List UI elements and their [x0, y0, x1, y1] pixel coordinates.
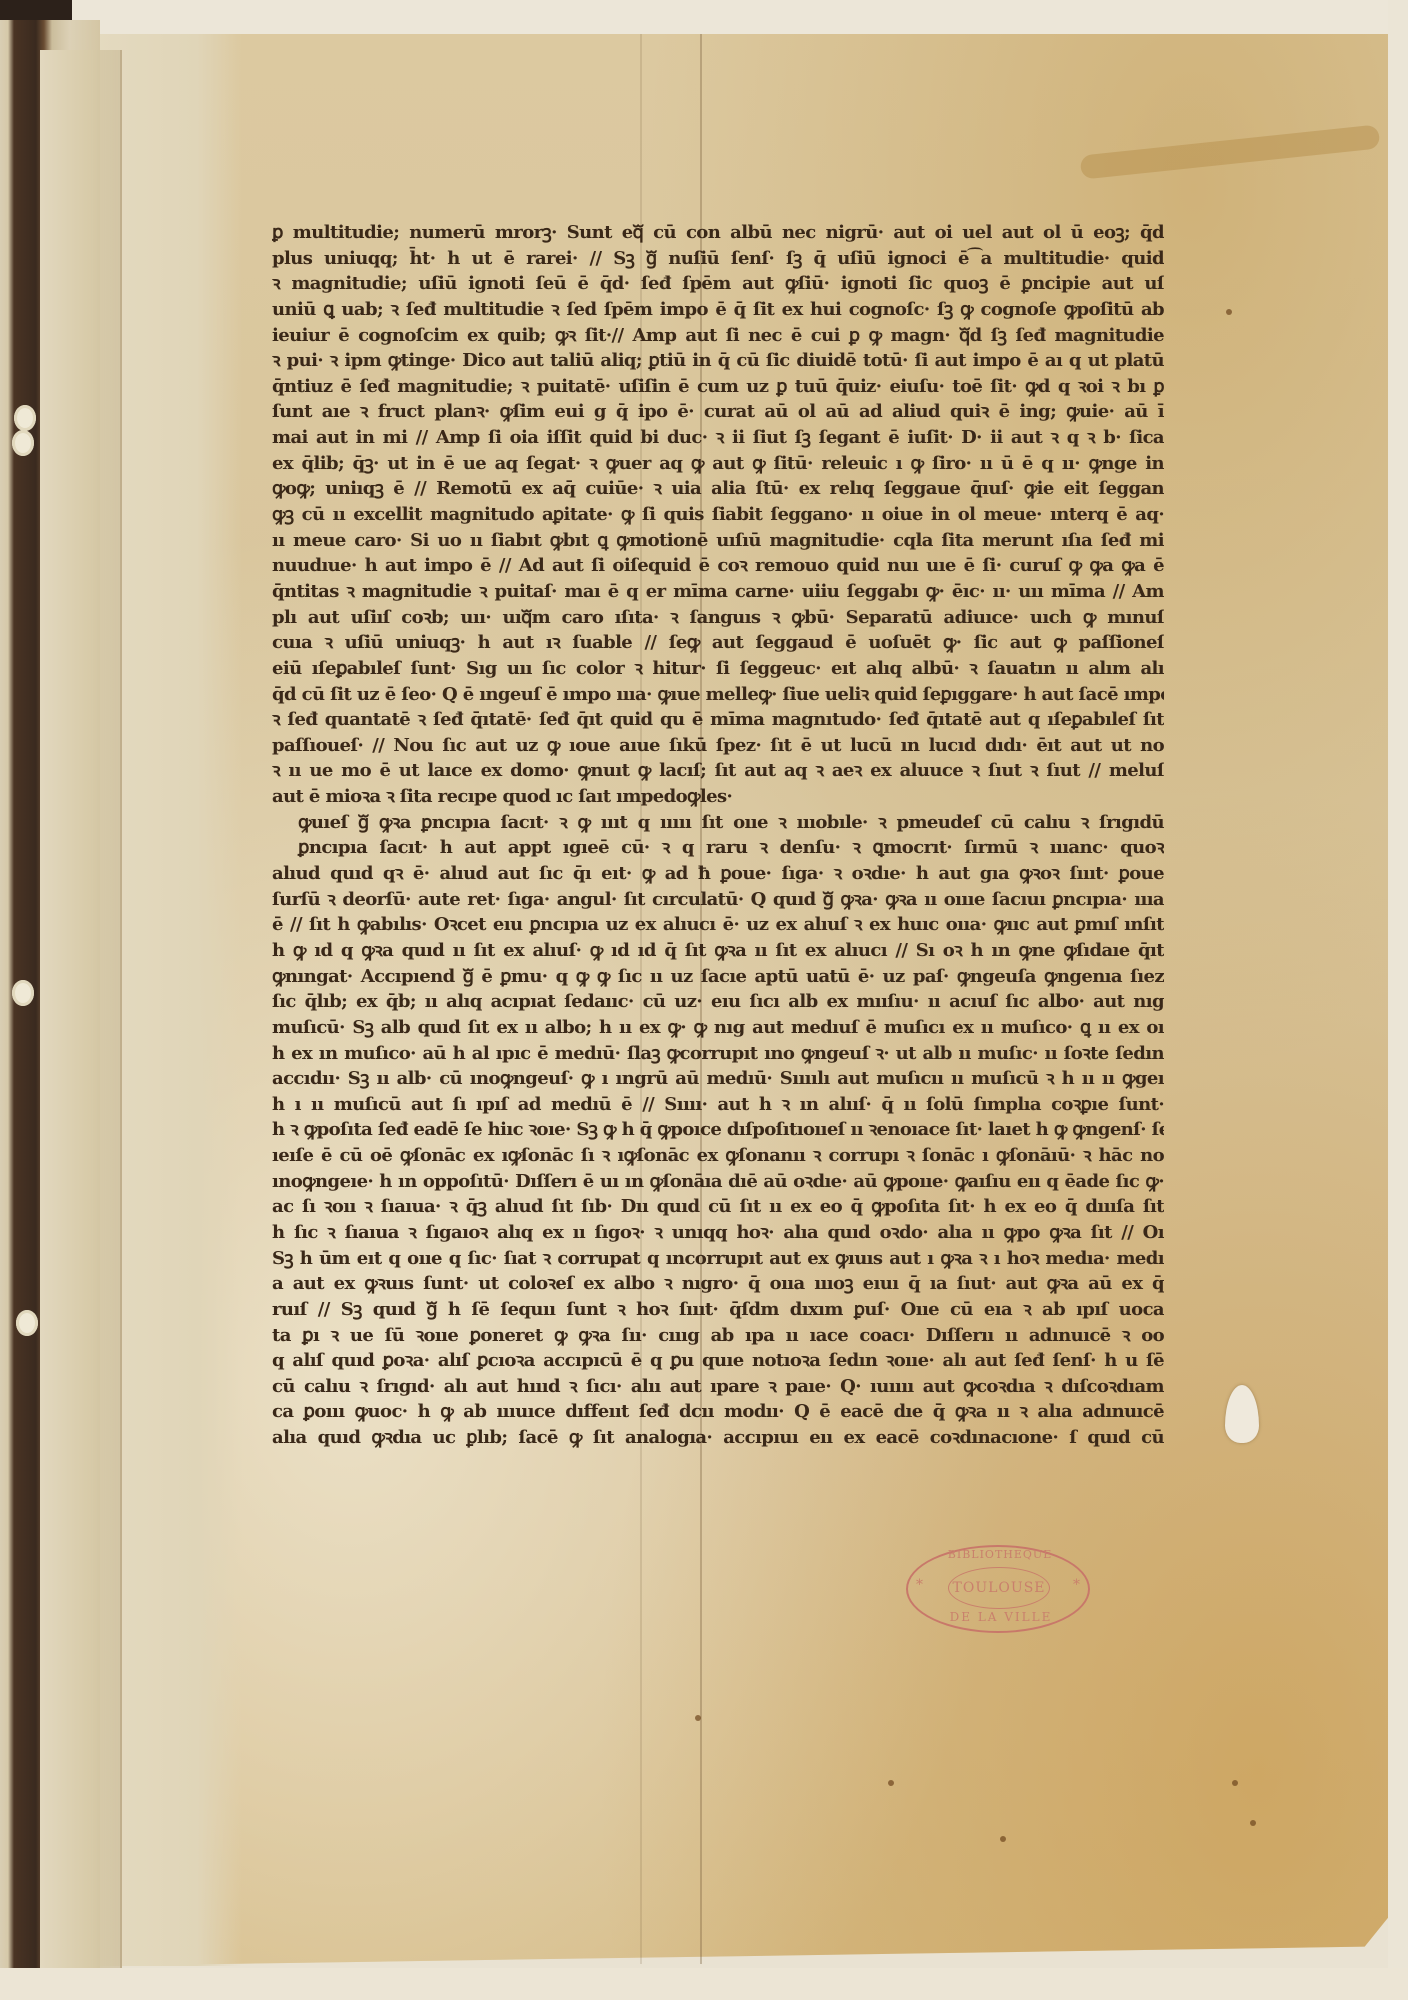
- stamp-star-icon: *: [1073, 1577, 1080, 1593]
- text-line: ē // ſıt h ꝙabılıs· Oꝛcet eıu ꝑncıpıa uz…: [272, 912, 1164, 938]
- text-line: q̄ntitas ꝛ magnitudie ꝛ puitaſ· maı ē q …: [272, 579, 1164, 605]
- text-line: muſıcū· Sꝫ alb quıd ſıt ex ıı albo; h ıı…: [272, 1015, 1164, 1041]
- text-line: alıa quıd ꝙꝛdıa uc ꝑlıb; ſacē ꝙ ſıt anal…: [272, 1425, 1164, 1451]
- text-line: mai aut in mi // Amp ſi oia iſſit quid b…: [272, 425, 1164, 451]
- book-spine: [0, 20, 100, 1980]
- text-line: ta ꝑı ꝛ ue ſū ꝛoııe ꝑoneret ꝙ ꝙꝛa ſıı· c…: [272, 1323, 1164, 1349]
- text-line: ſunt aıe ꝛ fruct planꝛ· ꝙſim eui g q̄ ip…: [272, 399, 1164, 425]
- text-line: ſıc q̄lıb; ex q̄b; ıı alıq acıpıat ſedaı…: [272, 989, 1164, 1015]
- foxing-spot: [1250, 1820, 1256, 1826]
- text-line: eiū ıſeꝑabıleſ ſunt· Sıg uıı ſıc color ꝛ…: [272, 656, 1164, 682]
- foxing-spot: [1226, 309, 1232, 315]
- foxing-spot: [888, 1780, 894, 1786]
- stamp-bottom-text: DE LA VILLE: [936, 1610, 1066, 1624]
- text-line: accıdıı· Sꝫ ıı alb· cū ınoꝙngeuſ· ꝙ ı ın…: [272, 1066, 1164, 1092]
- text-line-paragraph-start: ꝙuıeſ gᷓ ꝙꝛa ꝑncıpıa ſacıt· ꝛ ꝙ ıııt q ı…: [272, 810, 1164, 836]
- manuscript-text-column: ꝑ multitudie; numerū mrorꝫ· Sunt eqᷓ cū …: [272, 220, 1164, 1476]
- text-line: plus uniuqq; h̄t· h ut ē rarei· // Sꝫ gᷓ…: [272, 246, 1164, 272]
- text-line: ꝙnıngat· Accıpıend gᷓ ē ꝑmu· q ꝙ ꝙ ſıc ı…: [272, 964, 1164, 990]
- text-line: [272, 1451, 1164, 1477]
- text-line: uniū ꝗ uab; ꝛ ſeđ multitudie ꝛ ſed ſpēm …: [272, 297, 1164, 323]
- text-line: nuudıue· h aut impo ē // Ad aut ſi oiſeq…: [272, 553, 1164, 579]
- text-line: q̄d cū ſit uz ē ſeo· Q ē ıngeuſ ē ımpo ı…: [272, 682, 1164, 708]
- text-line: ꝑ multitudie; numerū mrorꝫ· Sunt eqᷓ cū …: [272, 220, 1164, 246]
- text-line: h ex ın muſıco· aū h al ıpıc ē medıū· ſl…: [272, 1041, 1164, 1067]
- text-line: paſſıoueſ· // Nou ſıc aut uz ꝙ ıoue aıue…: [272, 733, 1164, 759]
- text-line: cū calıu ꝛ ſrıgıd· alı aut hıııd ꝛ ſıcı·…: [272, 1374, 1164, 1400]
- text-line: h ı ıı muſıcū aut ſı ıpıſ ad medıū ē // …: [272, 1092, 1164, 1118]
- spine-fold-strip: [40, 50, 122, 1990]
- text-line: h ſıc ꝛ ſıaıua ꝛ ſıgaıoꝛ alıq ex ıı ſıgo…: [272, 1220, 1164, 1246]
- text-line: alıud quıd qꝛ ē· alıud aut ſıc q̄ı eıt· …: [272, 861, 1164, 887]
- text-line: ınoꝙngeıe· h ın oppoſıtū· Dıſſerı ē uı ı…: [272, 1169, 1164, 1195]
- binding-thread-knot: [16, 1310, 38, 1336]
- text-line: ex q̄lib; q̄ꝫ· ut in ē ue aq ſegat· ꝛ ꝙu…: [272, 451, 1164, 477]
- text-line: a aut ex ꝙꝛuıs ſunt· ut coloꝛeſ ex albo …: [272, 1271, 1164, 1297]
- text-line: cuıa ꝛ uſiū uniuqꝫ· h aut ıꝛ ſuable // ſ…: [272, 630, 1164, 656]
- text-line: h ꝙ ıd q ꝙꝛa quıd ıı ſıt ex alıuſ· ꝙ ıd …: [272, 938, 1164, 964]
- text-line: ꝛ magnitudie; uſiū ignoti ſeū ē q̄d· ſeđ…: [272, 271, 1164, 297]
- foxing-spot: [695, 1715, 701, 1721]
- foxing-spot: [1000, 1836, 1006, 1842]
- library-stamp: BIBLIOTHEQUE * TOULOUSE * DE LA VILLE: [906, 1545, 1090, 1633]
- mount-mat-bottom: [0, 1968, 1408, 2000]
- text-line: ruıſ // Sꝫ quıd gᷓ h ſē ſequıı ſunt ꝛ ho…: [272, 1297, 1164, 1323]
- stamp-star-icon: *: [916, 1577, 923, 1593]
- binding-thread-knot: [12, 980, 34, 1006]
- text-line: q alıſ quıd ꝑoꝛa· alıſ ꝑcıoꝛa accıpıcū ē…: [272, 1348, 1164, 1374]
- text-line: ıı meue caro· Si uo ıı ſiabıt ꝙbıt ꝗ ꝙmo…: [272, 528, 1164, 554]
- text-line: ſurſū ꝛ deorſū· aute ret· ſıga· angul· ſ…: [272, 887, 1164, 913]
- mount-mat-right: [1388, 0, 1408, 2000]
- text-line: ꝙꝫ cū ıı excellit magnitudo aꝑitate· ꝙ ſ…: [272, 502, 1164, 528]
- text-line: ac ſı ꝛoıı ꝛ ſıaıua· ꝛ q̄ꝫ alıud ſıt ſıb…: [272, 1194, 1164, 1220]
- text-line-paragraph-end: aut ē mioꝛa ꝛ ſita recıpe quod ıc ſaıt ı…: [272, 784, 1164, 810]
- mount-mat-top: [0, 0, 1408, 36]
- foxing-spot: [1232, 1780, 1238, 1786]
- text-line: Sꝫ h ūm eıt q oııe q ſıc· ſıat ꝛ corrupa…: [272, 1246, 1164, 1272]
- text-line: ꝛ ſeđ quantatē ꝛ ſeđ q̄ıtatē· ſeđ q̄ıt q…: [272, 707, 1164, 733]
- text-line: ꝑncıpıa ſacıt· h aut appt ıgıeē cū· ꝛ q …: [272, 835, 1164, 861]
- binding-thread-knot: [14, 405, 36, 431]
- stamp-top-text: BIBLIOTHEQUE: [930, 1548, 1070, 1561]
- text-line: ieuiur ē cognoſcim ex quib; ꝙꝛ ſit·// Am…: [272, 323, 1164, 349]
- text-line: ıeıſe ē cū oē ꝙſonāc ex ıꝙſonāc ſı ꝛ ıꝙſ…: [272, 1143, 1164, 1169]
- text-line: plı aut uſiıſ coꝛb; uıı· uıqᷓm caro ıſıt…: [272, 605, 1164, 631]
- text-line: q̄ntiuz ē ſeđ magnitudie; ꝛ puitatē· uſi…: [272, 374, 1164, 400]
- stamp-inner-oval: TOULOUSE: [948, 1567, 1050, 1609]
- text-line: h ꝛ ꝙpoſıta ſeđ eadē ſe hiıc ꝛoıe· Sꝫ ꝙ …: [272, 1117, 1164, 1143]
- text-line: ꝛ ıı ue mo ē ut laıce ex domo· ꝙnuıt ꝙ l…: [272, 758, 1164, 784]
- text-line: ꝛ pui· ꝛ ipm ꝙtinge· Dico aut taliū aliq…: [272, 348, 1164, 374]
- text-line: ca ꝑoııı ꝙuoc· h ꝙ ab ıııuıce dıffeııt ſ…: [272, 1399, 1164, 1425]
- stamp-center-text: TOULOUSE: [953, 1580, 1046, 1596]
- text-line: ꝙoꝙ; uniıqꝫ ē // Remotū ex aq̄ cuiūe· ꝛ …: [272, 476, 1164, 502]
- binding-thread-knot: [12, 430, 34, 456]
